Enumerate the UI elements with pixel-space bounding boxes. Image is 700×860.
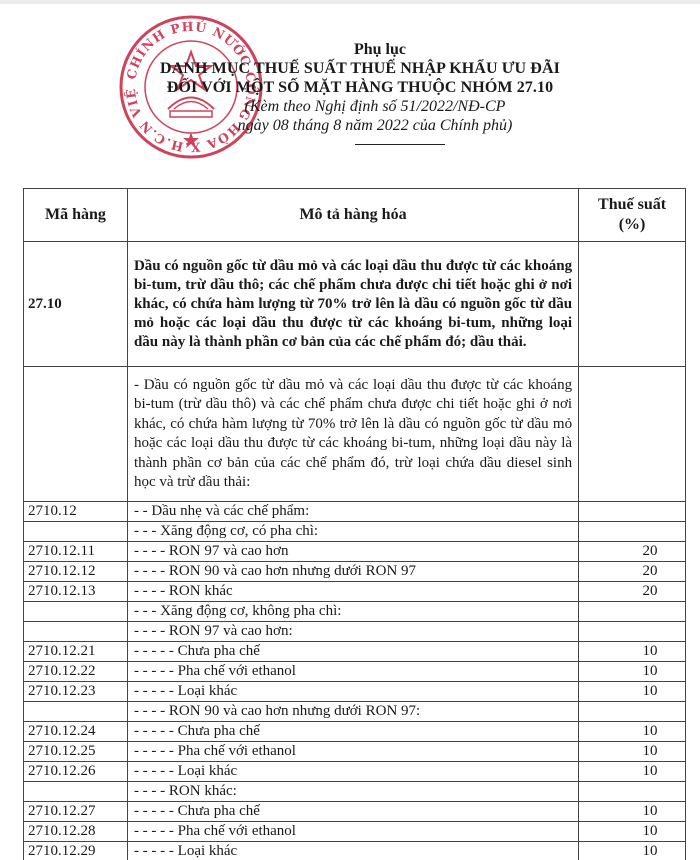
table-header-row: Mã hàng Mô tả hàng hóa Thuế suất (%): [24, 189, 686, 242]
tariff-code: 2710.12.12: [24, 562, 128, 582]
tariff-table: Mã hàng Mô tả hàng hóa Thuế suất (%) 27.…: [23, 188, 686, 860]
appendix-label: Phụ lục: [160, 40, 600, 59]
tax-rate: 20: [579, 562, 686, 582]
item-description: - - - - RON 90 và cao hơn nhưng dưới RON…: [127, 702, 578, 722]
item-description: - - - - - Chưa pha chế: [127, 722, 578, 742]
column-header-description: Mô tả hàng hóa: [127, 189, 578, 242]
item-description: - - - - - Chưa pha chế: [127, 642, 578, 662]
tax-rate: 20: [579, 582, 686, 602]
tax-rate: 10: [579, 842, 686, 860]
item-description: - - - - - Loại khác: [127, 842, 578, 860]
tax-rate: 10: [579, 682, 686, 702]
tariff-code: 2710.12.28: [24, 822, 128, 842]
scope-note-rate: [579, 367, 686, 502]
item-description: - - - - RON 90 và cao hơn nhưng dưới RON…: [127, 562, 578, 582]
table-row: 2710.12.21- - - - - Chưa pha chế10: [24, 642, 686, 662]
table-row: 2710.12.22- - - - - Pha chế với ethanol1…: [24, 662, 686, 682]
tax-rate: [579, 522, 686, 542]
tariff-code: [24, 602, 128, 622]
table-row: 2710.12- - Dầu nhẹ và các chế phẩm:: [24, 502, 686, 522]
tariff-code: 2710.12.26: [24, 762, 128, 782]
item-description: - - - - - Pha chế với ethanol: [127, 662, 578, 682]
scope-note-code: [24, 367, 128, 502]
tariff-code: 2710.12: [24, 502, 128, 522]
item-description: - - - - - Loại khác: [127, 682, 578, 702]
item-description: - - - - - Chưa pha chế: [127, 802, 578, 822]
header-divider: [355, 144, 445, 145]
tariff-code: [24, 522, 128, 542]
tariff-code: 2710.12.13: [24, 582, 128, 602]
table-row: 2710.12.11- - - - RON 97 và cao hơn20: [24, 542, 686, 562]
heading-description: Dầu có nguồn gốc từ dầu mỏ và các loại d…: [127, 242, 578, 367]
tariff-code: 2710.12.23: [24, 682, 128, 702]
tariff-code: 2710.12.21: [24, 642, 128, 662]
item-description: - - - - - Pha chế với ethanol: [127, 822, 578, 842]
column-header-code: Mã hàng: [24, 189, 128, 242]
table-row: - - - Xăng động cơ, có pha chì:: [24, 522, 686, 542]
tariff-code: 2710.12.27: [24, 802, 128, 822]
tariff-code: [24, 622, 128, 642]
item-description: - - - - - Loại khác: [127, 762, 578, 782]
table-row: - - - - RON 90 và cao hơn nhưng dưới RON…: [24, 702, 686, 722]
tax-rate: [579, 702, 686, 722]
table-row: 2710.12.29- - - - - Loại khác10: [24, 842, 686, 860]
tax-rate: 10: [579, 642, 686, 662]
table-row: 2710.12.12- - - - RON 90 và cao hơn nhưn…: [24, 562, 686, 582]
item-description: - - Dầu nhẹ và các chế phẩm:: [127, 502, 578, 522]
heading-rate: [579, 242, 686, 367]
table-row: 2710.12.27- - - - - Chưa pha chế10: [24, 802, 686, 822]
scope-note-row: - Dầu có nguồn gốc từ dầu mỏ và các loại…: [24, 367, 686, 502]
heading-row: 27.10 Dầu có nguồn gốc từ dầu mỏ và các …: [24, 242, 686, 367]
item-description: - - - Xăng động cơ, không pha chì:: [127, 602, 578, 622]
tax-rate: 10: [579, 662, 686, 682]
tax-rate: 10: [579, 762, 686, 782]
table-row: - - - Xăng động cơ, không pha chì:: [24, 602, 686, 622]
heading-code: 27.10: [24, 242, 128, 367]
document-title-line-2: ĐỐI VỚI MỘT SỐ MẶT HÀNG THUỘC NHÓM 27.10: [120, 78, 600, 97]
tax-rate: 20: [579, 542, 686, 562]
tariff-code: 2710.12.25: [24, 742, 128, 762]
decree-reference: (Kèm theo Nghị định số 51/2022/NĐ-CP: [150, 97, 600, 116]
item-description: - - - - RON 97 và cao hơn:: [127, 622, 578, 642]
tariff-code: 2710.12.29: [24, 842, 128, 860]
item-description: - - - - RON khác: [127, 582, 578, 602]
tax-rate: 10: [579, 742, 686, 762]
tax-rate: [579, 782, 686, 802]
tax-rate: 10: [579, 722, 686, 742]
tax-rate: [579, 622, 686, 642]
item-description: - - - - RON 97 và cao hơn: [127, 542, 578, 562]
column-header-rate: Thuế suất (%): [579, 189, 686, 242]
tax-rate: [579, 502, 686, 522]
tariff-code: [24, 702, 128, 722]
top-edge: [0, 0, 700, 4]
item-description: - - - - - Pha chế với ethanol: [127, 742, 578, 762]
table-row: - - - - RON 97 và cao hơn:: [24, 622, 686, 642]
tariff-code: 2710.12.22: [24, 662, 128, 682]
table-row: 2710.12.26- - - - - Loại khác10: [24, 762, 686, 782]
scope-note-description: - Dầu có nguồn gốc từ dầu mỏ và các loại…: [127, 367, 578, 502]
item-description: - - - - RON khác:: [127, 782, 578, 802]
item-description: - - - Xăng động cơ, có pha chì:: [127, 522, 578, 542]
tariff-code: 2710.12.24: [24, 722, 128, 742]
table-row: 2710.12.28- - - - - Pha chế với ethanol1…: [24, 822, 686, 842]
tax-rate: 10: [579, 822, 686, 842]
table-row: 2710.12.13- - - - RON khác20: [24, 582, 686, 602]
tariff-code: [24, 782, 128, 802]
document-header: Phụ lục DANH MỤC THUẾ SUẤT THUẾ NHẬP KHẨ…: [120, 40, 600, 145]
tax-rate: [579, 602, 686, 622]
decree-date: ngày 08 tháng 8 năm 2022 của Chính phủ): [150, 116, 600, 135]
tax-rate: 10: [579, 802, 686, 822]
document-title-line-1: DANH MỤC THUẾ SUẤT THUẾ NHẬP KHẨU ƯU ĐÃI: [120, 59, 600, 78]
table-row: 2710.12.23- - - - - Loại khác10: [24, 682, 686, 702]
table-row: 2710.12.24- - - - - Chưa pha chế10: [24, 722, 686, 742]
table-row: 2710.12.25- - - - - Pha chế với ethanol1…: [24, 742, 686, 762]
table-row: - - - - RON khác:: [24, 782, 686, 802]
tariff-code: 2710.12.11: [24, 542, 128, 562]
